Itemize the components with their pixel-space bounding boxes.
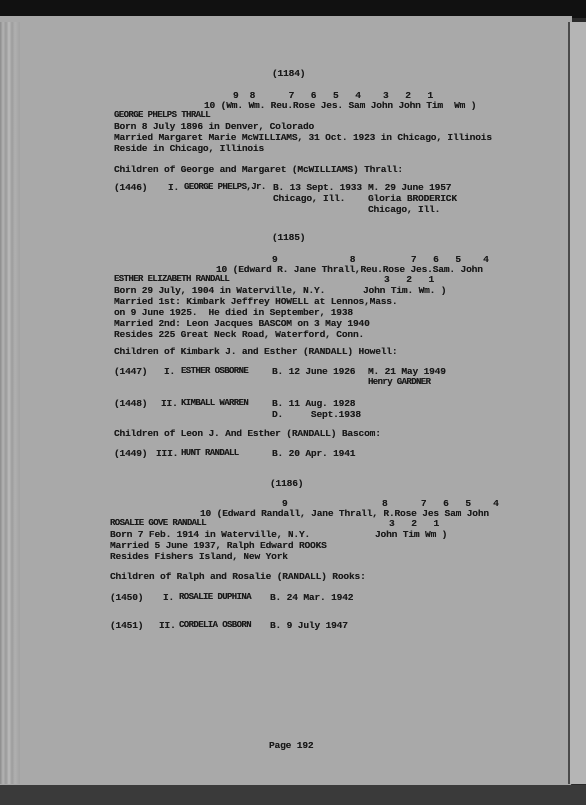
- entry-number: (1185): [272, 232, 305, 243]
- child-ordinal: I.: [164, 366, 175, 377]
- detail-line: Born 7 Feb. 1914 in Waterville, N.Y.: [110, 529, 310, 540]
- child-death: D. Sept.1938: [272, 409, 361, 420]
- child-marriage: M. 21 May 1949: [368, 366, 446, 377]
- child-id: (1446): [114, 182, 147, 193]
- ancestry-line: 10 (Edward Randall, Jane Thrall, R.Rose …: [200, 508, 489, 519]
- child-birth: B. 9 July 1947: [270, 620, 348, 631]
- child-marriage: M. 29 June 1957: [368, 182, 451, 193]
- child-name: HUNT RANDALL: [181, 448, 239, 459]
- child-name: GEORGE PHELPS,Jr.: [184, 182, 266, 193]
- detail-line: on 9 June 1925. He died in September, 19…: [114, 307, 353, 318]
- child-spouse: Gloria BRODERICK: [368, 193, 457, 204]
- child-birth: B. 20 Apr. 1941: [272, 448, 355, 459]
- person-name: ROSALIE GOVE RANDALL: [110, 518, 206, 529]
- detail-line: Born 8 July 1896 in Denver, Colorado: [114, 121, 314, 132]
- child-ordinal: II.: [159, 620, 176, 631]
- child-marriage-place: Chicago, Ill.: [368, 204, 440, 215]
- children-heading: Children of Kimbark J. and Esther (RANDA…: [114, 346, 397, 357]
- child-id: (1449): [114, 448, 147, 459]
- child-id: (1448): [114, 398, 147, 409]
- ancestry-generation-numbers-cont: 3 2 1: [384, 274, 434, 285]
- child-ordinal: I.: [168, 182, 179, 193]
- ancestry-line-cont: John Tim Wm ): [375, 529, 447, 540]
- child-name: CORDELIA OSBORN: [179, 620, 251, 631]
- child-ordinal: II.: [161, 398, 178, 409]
- child-ordinal: I.: [163, 592, 174, 603]
- detail-line: Married Margaret Marie McWILLIAMS, 31 Oc…: [114, 132, 492, 143]
- child-ordinal: III.: [156, 448, 178, 459]
- page-number: Page 192: [269, 740, 313, 751]
- child-birth: B. 12 June 1926: [272, 366, 355, 377]
- detail-line: Resides Fishers Island, New York: [110, 551, 288, 562]
- child-id: (1451): [110, 620, 143, 631]
- ancestry-line: 10 (Edward R. Jane Thrall,Reu.Rose Jes.S…: [216, 264, 483, 275]
- entry-number: (1186): [270, 478, 303, 489]
- detail-line: Born 29 July, 1904 in Waterville, N.Y.: [114, 285, 325, 296]
- ancestry-generation-numbers-cont: 3 2 1: [389, 518, 439, 529]
- children-heading: Children of Leon J. And Esther (RANDALL)…: [114, 428, 381, 439]
- child-birth: B. 13 Sept. 1933: [273, 182, 362, 193]
- children-heading: Children of Ralph and Rosalie (RANDALL) …: [110, 571, 366, 582]
- child-birth-place: Chicago, Ill.: [273, 193, 345, 204]
- detail-line: Married 1st: Kimbark Jeffrey HOWELL at L…: [114, 296, 397, 307]
- detail-line: Married 5 June 1937, Ralph Edward ROOKS: [110, 540, 327, 551]
- ancestry-line-cont: John Tim. Wm. ): [363, 285, 446, 296]
- children-heading: Children of George and Margaret (McWILLI…: [114, 164, 403, 175]
- ancestry-line: 10 (Wm. Wm. Reu.Rose Jes. Sam John John …: [204, 100, 476, 111]
- detail-line: Married 2nd: Leon Jacques BASCOM on 3 Ma…: [114, 318, 370, 329]
- child-name: ESTHER OSBORNE: [181, 366, 248, 377]
- person-name: GEORGE PHELPS THRALL: [114, 110, 210, 121]
- adjacent-page-edge: [570, 22, 586, 784]
- child-birth: B. 11 Aug. 1928: [272, 398, 355, 409]
- detail-line: Reside in Chicago, Illinois: [114, 143, 264, 154]
- child-id: (1450): [110, 592, 143, 603]
- child-name: KIMBALL WARREN: [181, 398, 248, 409]
- person-name: ESTHER ELIZABETH RANDALL: [114, 274, 229, 285]
- page-binding-edge: [0, 22, 20, 784]
- child-spouse: Henry GARDNER: [368, 377, 430, 388]
- scan-border-bottom: [0, 785, 586, 805]
- detail-line: Resides 225 Great Neck Road, Waterford, …: [114, 329, 364, 340]
- child-name: ROSALIE DUPHINA: [179, 592, 251, 603]
- child-id: (1447): [114, 366, 147, 377]
- child-birth: B. 24 Mar. 1942: [270, 592, 353, 603]
- entry-number: (1184): [272, 68, 305, 79]
